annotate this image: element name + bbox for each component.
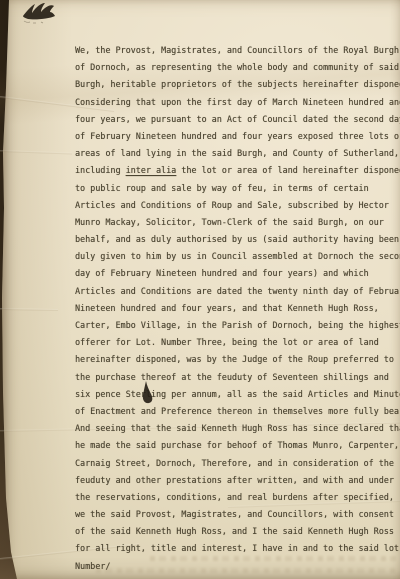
document-line: he made the said purchase for behoof of … xyxy=(75,437,400,454)
document-line: feuduty and other prestations after writ… xyxy=(75,472,400,489)
document-line: We, the Provost, Magistrates, and Counci… xyxy=(75,42,400,59)
document-line: of Enactment and Preference thereon in t… xyxy=(75,403,400,420)
ink-scribble-mark xyxy=(21,1,57,25)
document-line: of the said Kenneth Hugh Ross, and I the… xyxy=(75,523,400,540)
document-line: behalf, and as duly authorised by us (sa… xyxy=(75,231,400,248)
document-text: We, the Provost, Magistrates, and Counci… xyxy=(75,42,400,575)
document-line: offerer for Lot. Number Three, being the… xyxy=(75,334,400,351)
document-line: the reservations, conditions, and real b… xyxy=(75,489,400,506)
ink-blot xyxy=(140,381,156,404)
document-line: the purchase thereof at the feuduty of S… xyxy=(75,369,400,386)
line-segment: including xyxy=(75,165,126,175)
document-line: areas of land lying in the said Burgh, a… xyxy=(75,145,400,162)
document-line: Number/ xyxy=(75,558,400,575)
document-line: Nineteen hundred and four years, and tha… xyxy=(75,300,400,317)
document-line: Munro Mackay, Solicitor, Town-Clerk of t… xyxy=(75,214,400,231)
document-line: to public roup and sale by way of feu, i… xyxy=(75,180,400,197)
document-line: Carnaig Street, Dornoch, Therefore, and … xyxy=(75,455,400,472)
document-line: six pence Sterling per annum, all as the… xyxy=(75,386,400,403)
document-line: Burgh, heritable proprietors of the subj… xyxy=(75,76,400,93)
scanned-document-page: We, the Provost, Magistrates, and Counci… xyxy=(0,0,400,579)
document-line: Articles and Conditions of Roup and Sale… xyxy=(75,197,400,214)
document-line: we the said Provost, Magistrates, and Co… xyxy=(75,506,400,523)
document-line: hereinafter disponed, was by the Judge o… xyxy=(75,351,400,368)
document-line: of February Nineteen hundred and four ye… xyxy=(75,128,400,145)
document-line: day of February Nineteen hundred and fou… xyxy=(75,265,400,282)
document-line: four years, we pursuant to an Act of Cou… xyxy=(75,111,400,128)
document-line: Considering that upon the first day of M… xyxy=(75,94,400,111)
document-line: duly given to him by us in Council assem… xyxy=(75,248,400,265)
document-line: for all right, title and interest, I hav… xyxy=(75,540,400,557)
document-line: And seeing that the said Kenneth Hugh Ro… xyxy=(75,420,400,437)
document-line: Articles and Conditions are dated the tw… xyxy=(75,283,400,300)
document-line: including inter alia the lot or area of … xyxy=(75,162,400,179)
document-line: of Dornoch, as representing the whole bo… xyxy=(75,59,400,76)
line-segment: the lot or area of land hereinafter disp… xyxy=(176,165,400,175)
underlined-phrase: inter alia xyxy=(126,165,177,175)
document-line: Carter, Embo Village, in the Parish of D… xyxy=(75,317,400,334)
